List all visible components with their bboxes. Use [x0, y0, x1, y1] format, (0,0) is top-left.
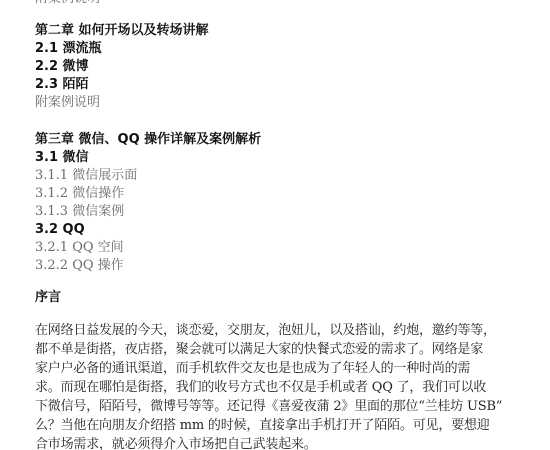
subsection-3-1-1: 3.1.1 微信展示面 — [35, 167, 525, 185]
paragraph-line: 家户户必备的通讯渠道，而手机软件交友也是也成为了年轻人的一种时尚的需 — [35, 359, 525, 378]
top-note: 附案例说明 — [35, 0, 525, 8]
document-page: 附案例说明 第二章 如何开场以及转场讲解 2.1 漂流瓶 2.2 微博 2.3 … — [35, 0, 525, 450]
preface-title: 序言 — [35, 289, 525, 307]
spacer — [35, 112, 525, 131]
chapter-2-title: 第二章 如何开场以及转场讲解 — [35, 22, 525, 40]
subsection-3-2-2: 3.2.2 QQ 操作 — [35, 257, 525, 275]
preface-paragraph: 在网络日益发展的今天，谈恋爱，交朋友，泡妞儿，以及搭讪，约炮，邀约等等， 都不单… — [35, 321, 525, 450]
section-3-1: 3.1 微信 — [35, 149, 525, 167]
section-2-2: 2.2 微博 — [35, 58, 525, 76]
subsection-3-1-2: 3.1.2 微信操作 — [35, 185, 525, 203]
chapter-2-note: 附案例说明 — [35, 94, 525, 112]
section-2-3: 2.3 陌陌 — [35, 76, 525, 94]
paragraph-line: 求。而现在哪怕是街搭，我们的收号方式也不仅是手机或者 QQ 了，我们可以收 — [35, 378, 525, 397]
paragraph-line: 都不单是街搭，夜店搭，聚会就可以满足大家的快餐式恋爱的需求了。网络是家 — [35, 340, 525, 359]
paragraph-line: 在网络日益发展的今天，谈恋爱，交朋友，泡妞儿，以及搭讪，约炮，邀约等等， — [35, 321, 525, 340]
spacer — [35, 8, 525, 22]
section-3-2: 3.2 QQ — [35, 221, 525, 239]
section-2-1: 2.1 漂流瓶 — [35, 40, 525, 58]
paragraph-line: 下微信号，陌陌号，微博号等等。还记得《喜爱夜蒲 2》里面的那位“兰桂坊 USB” — [35, 397, 525, 416]
subsection-3-1-3: 3.1.3 微信案例 — [35, 203, 525, 221]
paragraph-line: 合市场需求，就必须得介入市场把自己武装起来。 — [35, 435, 525, 450]
subsection-3-2-1: 3.2.1 QQ 空间 — [35, 239, 525, 257]
chapter-3-title: 第三章 微信、QQ 操作详解及案例解析 — [35, 131, 525, 149]
paragraph-line: 么？当他在向朋友介绍搭 mm 的时候，直接拿出手机打开了陌陌。可见，要想迎 — [35, 416, 525, 435]
